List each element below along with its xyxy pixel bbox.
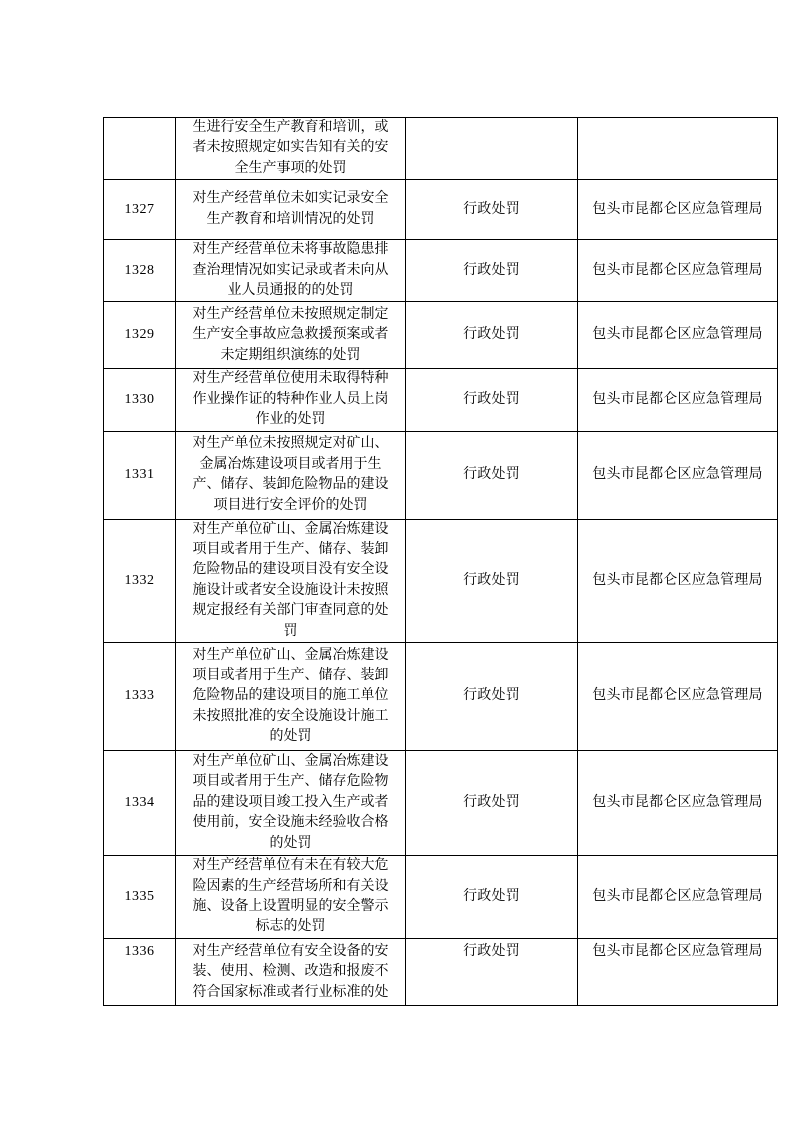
row-penalty-type-cell: 行政处罚 xyxy=(406,240,578,302)
row-penalty-type-text: 行政处罚 xyxy=(463,467,520,482)
row-description-cell: 对生产单位矿山、金属冶炼建设 项目或者用于生产、储存、装卸 危险物品的建设项目的… xyxy=(176,643,406,751)
row-description-cell: 对生产经营单位有未在有较大危 险因素的生产经营场所和有关设 施、设备上设置明显的… xyxy=(176,856,406,939)
table-row: 1332 对生产单位矿山、金属冶炼建设 项目或者用于生产、储存、装卸 危险物品的… xyxy=(104,519,778,642)
row-index-cell xyxy=(104,118,176,180)
row-description-cell: 对生产单位未按照规定对矿山、 金属冶炼建设项目或者用于生 产、储存、装卸危险物品… xyxy=(176,431,406,519)
row-penalty-type-text: 行政处罚 xyxy=(463,392,520,407)
row-agency-text: 包头市昆都仑区应急管理局 xyxy=(592,327,762,342)
row-description-cell: 对生产单位矿山、金属冶炼建设 项目或者用于生产、储存、装卸 危险物品的建设项目没… xyxy=(176,519,406,642)
row-index-cell: 1332 xyxy=(104,519,176,642)
table-row: 1329 对生产经营单位未按照规定制定 生产安全事故应急救援预案或者 未定期组织… xyxy=(104,302,778,369)
row-penalty-type-cell: 行政处罚 xyxy=(406,302,578,369)
row-agency-text: 包头市昆都仑区应急管理局 xyxy=(592,467,762,482)
row-index-cell: 1336 xyxy=(104,938,176,1005)
penalty-items-table: 生进行安全生产教育和培训，或 者未按照规定如实告知有关的安 全生产事项的处罚 1… xyxy=(103,117,778,1006)
row-description-text: 对生产经营单位未如实记录安全 生产教育和培训情况的处罚 xyxy=(193,189,389,230)
row-index-cell: 1333 xyxy=(104,643,176,751)
row-index-cell: 1331 xyxy=(104,431,176,519)
table-row: 1333 对生产单位矿山、金属冶炼建设 项目或者用于生产、储存、装卸 危险物品的… xyxy=(104,643,778,751)
row-agency-cell: 包头市昆都仑区应急管理局 xyxy=(578,856,778,939)
table-row: 1330 对生产经营单位使用未取得特种 作业操作证的特种作业人员上岗 作业的处罚… xyxy=(104,369,778,431)
row-index: 1330 xyxy=(125,392,155,407)
row-penalty-type-cell: 行政处罚 xyxy=(406,751,578,856)
table-row: 1336 对生产经营单位有安全设备的安 装、使用、检测、改造和报废不 符合国家标… xyxy=(104,938,778,1005)
row-agency-text: 包头市昆都仑区应急管理局 xyxy=(592,889,762,904)
table-row: 1328 对生产经营单位未将事故隐患排 查治理情况如实记录或者未向从 业人员通报… xyxy=(104,240,778,302)
table-row: 生进行安全生产教育和培训，或 者未按照规定如实告知有关的安 全生产事项的处罚 xyxy=(104,118,778,180)
row-agency-cell: 包头市昆都仑区应急管理局 xyxy=(578,369,778,431)
row-penalty-type-text: 行政处罚 xyxy=(463,944,520,959)
row-agency-cell: 包头市昆都仑区应急管理局 xyxy=(578,519,778,642)
row-index: 1336 xyxy=(125,944,155,959)
row-index: 1327 xyxy=(125,202,155,217)
table-row: 1335 对生产经营单位有未在有较大危 险因素的生产经营场所和有关设 施、设备上… xyxy=(104,856,778,939)
row-agency-cell: 包头市昆都仑区应急管理局 xyxy=(578,180,778,240)
row-description-text: 对生产经营单位使用未取得特种 作业操作证的特种作业人员上岗 作业的处罚 xyxy=(193,369,389,430)
row-penalty-type-cell: 行政处罚 xyxy=(406,856,578,939)
row-description-cell: 对生产经营单位有安全设备的安 装、使用、检测、改造和报废不 符合国家标准或者行业… xyxy=(176,938,406,1005)
row-penalty-type-text: 行政处罚 xyxy=(463,889,520,904)
row-penalty-type-cell: 行政处罚 xyxy=(406,180,578,240)
row-agency-cell xyxy=(578,118,778,180)
row-penalty-type-cell: 行政处罚 xyxy=(406,519,578,642)
row-index: 1332 xyxy=(125,573,155,588)
row-index: 1333 xyxy=(125,688,155,703)
row-index-cell: 1329 xyxy=(104,302,176,369)
row-index-cell: 1334 xyxy=(104,751,176,856)
row-description-text: 对生产单位矿山、金属冶炼建设 项目或者用于生产、储存、装卸 危险物品的建设项目的… xyxy=(193,646,389,748)
row-penalty-type-text: 行政处罚 xyxy=(463,263,520,278)
row-description-text: 对生产单位矿山、金属冶炼建设 项目或者用于生产、储存危险物 品的建设项目竣工投入… xyxy=(193,752,389,854)
row-description-text: 对生产单位未按照规定对矿山、 金属冶炼建设项目或者用于生 产、储存、装卸危险物品… xyxy=(193,434,389,516)
row-agency-cell: 包头市昆都仑区应急管理局 xyxy=(578,938,778,1005)
row-description-text: 对生产单位矿山、金属冶炼建设 项目或者用于生产、储存、装卸 危险物品的建设项目没… xyxy=(193,520,389,642)
row-description-cell: 对生产经营单位未按照规定制定 生产安全事故应急救援预案或者 未定期组织演练的处罚 xyxy=(176,302,406,369)
row-index-cell: 1335 xyxy=(104,856,176,939)
row-agency-text: 包头市昆都仑区应急管理局 xyxy=(592,202,762,217)
row-description-text: 对生产经营单位未按照规定制定 生产安全事故应急救援预案或者 未定期组织演练的处罚 xyxy=(193,305,389,366)
row-description-cell: 对生产经营单位使用未取得特种 作业操作证的特种作业人员上岗 作业的处罚 xyxy=(176,369,406,431)
row-index: 1329 xyxy=(125,327,155,342)
row-agency-text: 包头市昆都仑区应急管理局 xyxy=(592,688,762,703)
row-penalty-type-text: 行政处罚 xyxy=(463,688,520,703)
row-agency-cell: 包头市昆都仑区应急管理局 xyxy=(578,643,778,751)
document-page: 生进行安全生产教育和培训，或 者未按照规定如实告知有关的安 全生产事项的处罚 1… xyxy=(0,0,793,1122)
row-index-cell: 1328 xyxy=(104,240,176,302)
row-penalty-type-cell: 行政处罚 xyxy=(406,643,578,751)
row-penalty-type-text: 行政处罚 xyxy=(463,327,520,342)
row-index: 1334 xyxy=(125,795,155,810)
row-agency-cell: 包头市昆都仑区应急管理局 xyxy=(578,431,778,519)
row-description-cell: 对生产经营单位未将事故隐患排 查治理情况如实记录或者未向从 业人员通报的的处罚 xyxy=(176,240,406,302)
row-penalty-type-text: 行政处罚 xyxy=(463,795,520,810)
row-penalty-type-cell: 行政处罚 xyxy=(406,431,578,519)
penalty-table-body: 生进行安全生产教育和培训，或 者未按照规定如实告知有关的安 全生产事项的处罚 1… xyxy=(104,118,778,1006)
row-agency-cell: 包头市昆都仑区应急管理局 xyxy=(578,302,778,369)
row-description-text: 生进行安全生产教育和培训，或 者未按照规定如实告知有关的安 全生产事项的处罚 xyxy=(193,118,389,179)
row-description-cell: 对生产单位矿山、金属冶炼建设 项目或者用于生产、储存危险物 品的建设项目竣工投入… xyxy=(176,751,406,856)
row-agency-text: 包头市昆都仑区应急管理局 xyxy=(592,392,762,407)
row-penalty-type-cell: 行政处罚 xyxy=(406,369,578,431)
row-description-cell: 对生产经营单位未如实记录安全 生产教育和培训情况的处罚 xyxy=(176,180,406,240)
row-agency-cell: 包头市昆都仑区应急管理局 xyxy=(578,751,778,856)
row-agency-text: 包头市昆都仑区应急管理局 xyxy=(592,944,762,959)
row-index: 1328 xyxy=(125,263,155,278)
row-penalty-type-cell: 行政处罚 xyxy=(406,938,578,1005)
row-description-text: 对生产经营单位未将事故隐患排 查治理情况如实记录或者未向从 业人员通报的的处罚 xyxy=(193,240,389,301)
table-row: 1331 对生产单位未按照规定对矿山、 金属冶炼建设项目或者用于生 产、储存、装… xyxy=(104,431,778,519)
row-index: 1335 xyxy=(125,889,155,904)
row-agency-cell: 包头市昆都仑区应急管理局 xyxy=(578,240,778,302)
row-description-text: 对生产经营单位有未在有较大危 险因素的生产经营场所和有关设 施、设备上设置明显的… xyxy=(193,856,389,938)
row-penalty-type-cell xyxy=(406,118,578,180)
row-penalty-type-text: 行政处罚 xyxy=(463,573,520,588)
row-description-cell: 生进行安全生产教育和培训，或 者未按照规定如实告知有关的安 全生产事项的处罚 xyxy=(176,118,406,180)
row-agency-text: 包头市昆都仑区应急管理局 xyxy=(592,573,762,588)
table-row: 1327 对生产经营单位未如实记录安全 生产教育和培训情况的处罚 行政处罚 包头… xyxy=(104,180,778,240)
table-row: 1334 对生产单位矿山、金属冶炼建设 项目或者用于生产、储存危险物 品的建设项… xyxy=(104,751,778,856)
row-description-text: 对生产经营单位有安全设备的安 装、使用、检测、改造和报废不 符合国家标准或者行业… xyxy=(193,942,389,1003)
row-penalty-type-text: 行政处罚 xyxy=(463,202,520,217)
row-index-cell: 1327 xyxy=(104,180,176,240)
row-agency-text: 包头市昆都仑区应急管理局 xyxy=(592,263,762,278)
row-agency-text: 包头市昆都仑区应急管理局 xyxy=(592,795,762,810)
row-index-cell: 1330 xyxy=(104,369,176,431)
row-index: 1331 xyxy=(125,467,155,482)
